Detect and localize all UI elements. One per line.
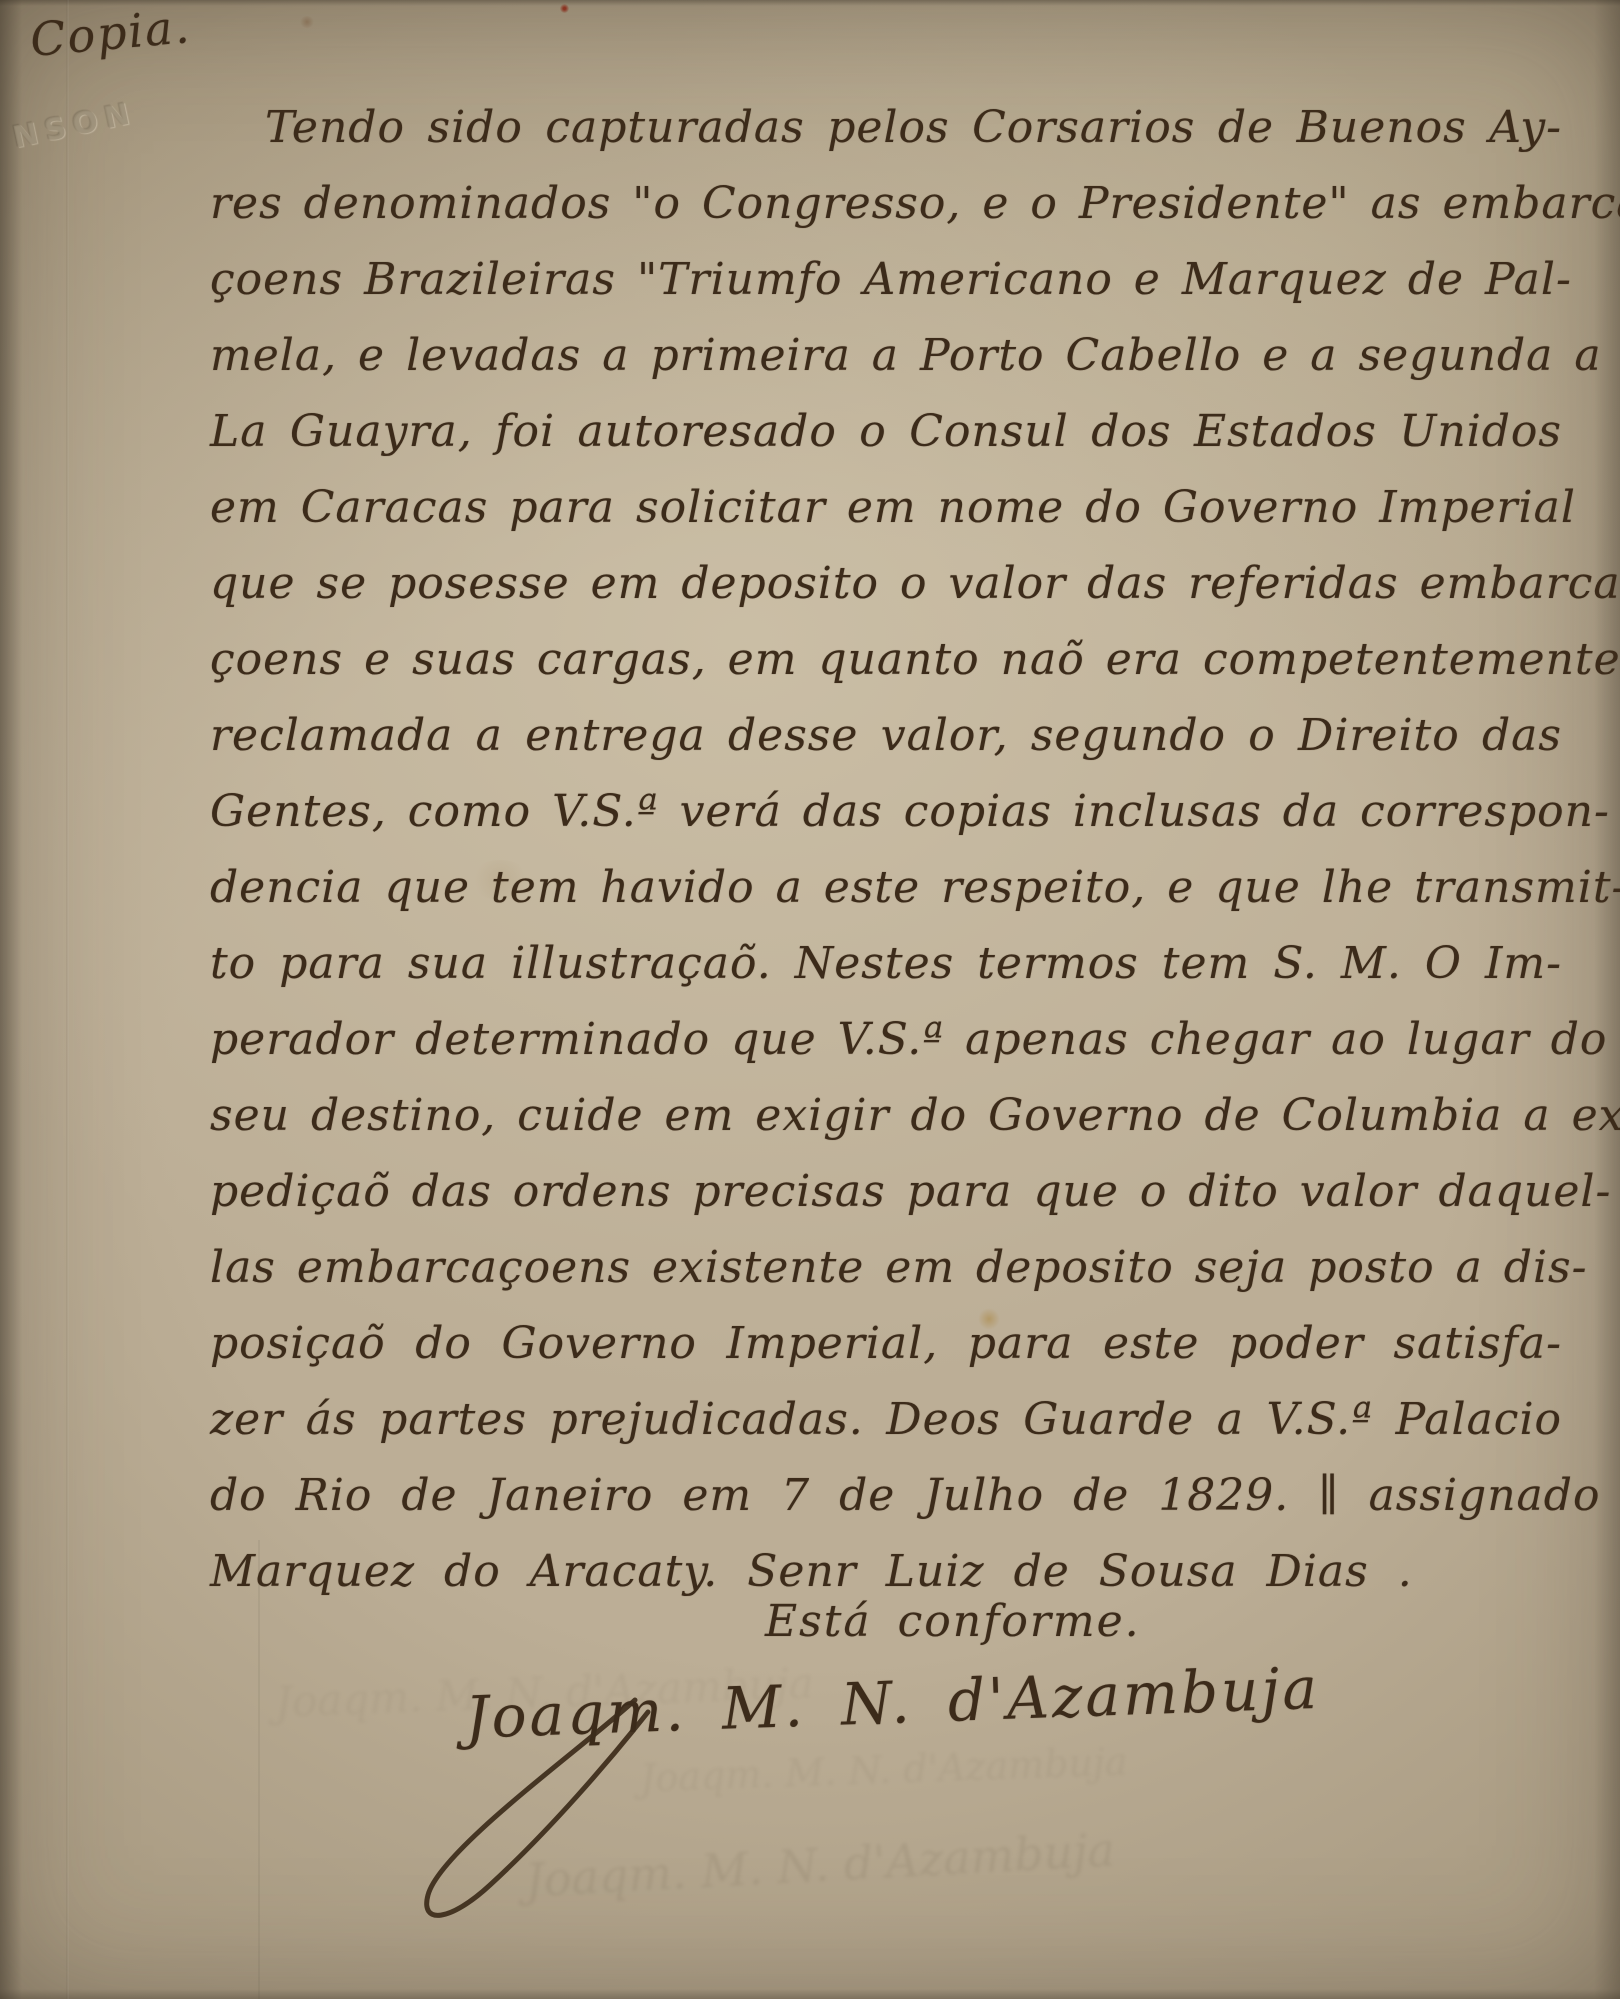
letter-body: Tendo sido capturadas pelos Corsarios de… bbox=[210, 90, 1562, 1610]
copy-header-label: Copia. bbox=[28, 0, 193, 67]
body-line: mela, e levadas a primeira a Porto Cabel… bbox=[210, 318, 1562, 394]
body-line: to para sua illustraçaõ. Nestes termos t… bbox=[210, 926, 1562, 1002]
body-line: seu destino, cuide em exigir do Governo … bbox=[210, 1078, 1562, 1154]
page-edge-right bbox=[1594, 0, 1620, 1999]
page-edge-top bbox=[0, 0, 1620, 6]
red-ink-speck bbox=[560, 4, 569, 13]
paper-stain bbox=[300, 16, 314, 28]
body-line: res denominados "o Congresso, e o Presid… bbox=[210, 166, 1562, 242]
clerk-signature: Joaqm. M. N. d'Azambuja bbox=[464, 1652, 1366, 1751]
body-line: que se posesse em deposito o valor das r… bbox=[210, 546, 1562, 622]
manuscript-page: NSON Copia. Tendo sido capturadas pelos … bbox=[0, 0, 1620, 1999]
body-line: posiçaõ do Governo Imperial, para este p… bbox=[210, 1306, 1562, 1382]
body-line: zer ás partes prejudicadas. Deos Guarde … bbox=[210, 1382, 1562, 1458]
embossed-paper-stamp: NSON bbox=[10, 95, 140, 155]
body-line: çoens e suas cargas, em quanto naõ era c… bbox=[210, 622, 1562, 698]
body-line: pediçaõ das ordens precisas para que o d… bbox=[210, 1154, 1562, 1230]
body-line: perador determinado que V.S.ª apenas che… bbox=[210, 1002, 1562, 1078]
body-line: Gentes, como V.S.ª verá das copias inclu… bbox=[210, 774, 1562, 850]
body-line: çoens Brazileiras "Triumfo Americano e M… bbox=[210, 242, 1562, 318]
ghost-showthrough-signature: Joaqm. M. N. d'Azambuja bbox=[524, 1823, 1116, 1908]
body-line: Tendo sido capturadas pelos Corsarios de… bbox=[210, 90, 1562, 166]
ghost-showthrough-writing: Joaqm. M. N. d'Azambuja bbox=[639, 1740, 1128, 1801]
body-line: reclamada a entrega desse valor, segundo… bbox=[210, 698, 1562, 774]
page-edge-bottom bbox=[0, 1989, 1620, 1999]
body-line: em Caracas para solicitar em nome do Gov… bbox=[210, 470, 1562, 546]
body-line: las embarcaçoens existente em deposito s… bbox=[210, 1230, 1562, 1306]
body-line: dencia que tem havido a este respeito, e… bbox=[210, 850, 1562, 926]
page-edge-left bbox=[0, 0, 22, 1999]
closing-attestation: Está conforme. bbox=[765, 1596, 1141, 1647]
body-line: La Guayra, foi autoresado o Consul dos E… bbox=[210, 394, 1562, 470]
body-line-dateline: do Rio de Janeiro em 7 de Julho de 1829.… bbox=[210, 1458, 1562, 1534]
paper-fold-line bbox=[66, 0, 69, 1999]
